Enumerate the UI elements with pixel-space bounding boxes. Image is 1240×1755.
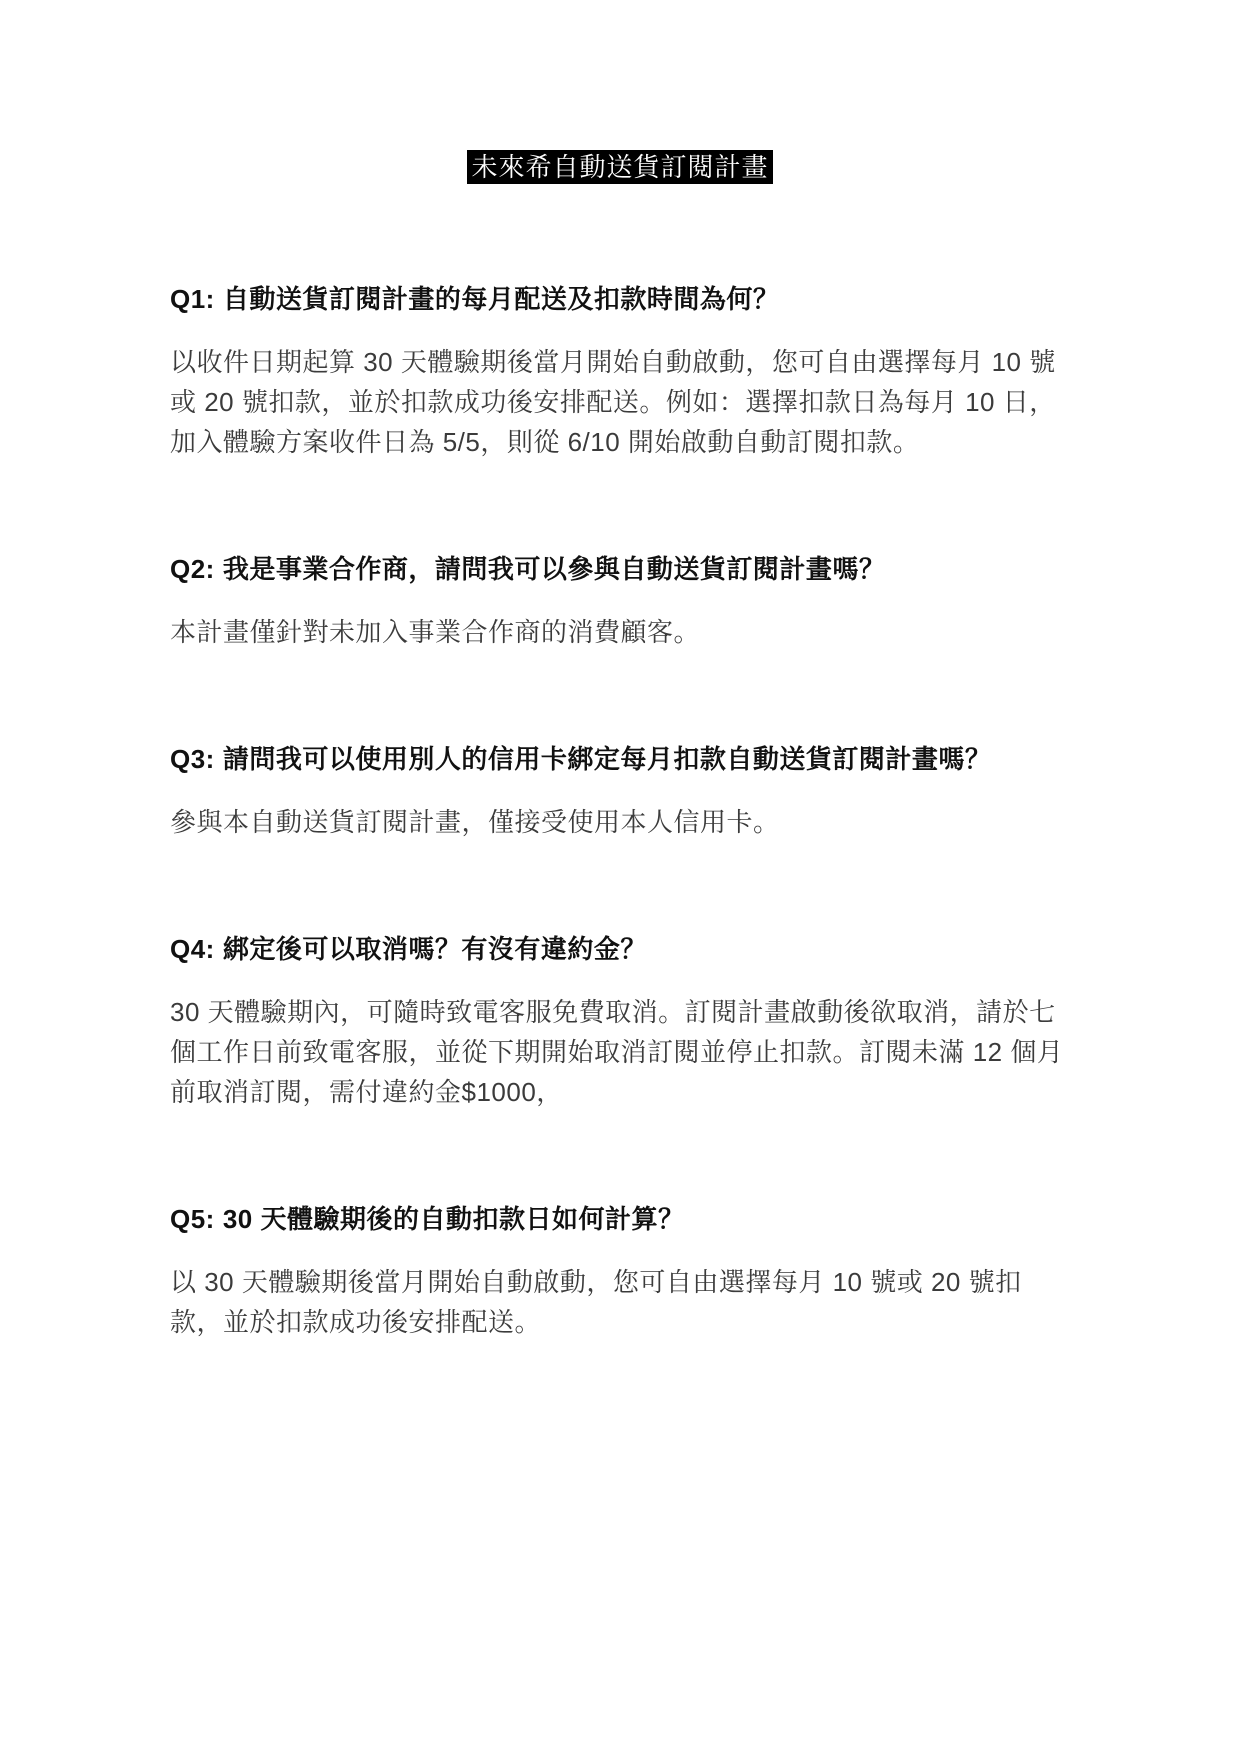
answer-text-q2: 本計畫僅針對未加入事業合作商的消費顧客。 <box>170 612 1070 652</box>
question-label-q5: Q5: <box>170 1204 215 1234</box>
document-title: 未來希自動送貨訂閱計畫 <box>170 150 1070 184</box>
question-text-q1: 自動送貨訂閱計畫的每月配送及扣款時間為何？ <box>223 284 780 314</box>
question-label-q1: Q1: <box>170 284 215 314</box>
faq-item-q2: Q2:我是事業合作商，請問我可以參與自動送貨訂閱計畫嗎？ 本計畫僅針對未加入事業… <box>170 552 1070 652</box>
document-page: 未來希自動送貨訂閱計畫 Q1:自動送貨訂閱計畫的每月配送及扣款時間為何？ 以收件… <box>0 0 1240 1755</box>
answer-text-q4: 30 天體驗期內，可隨時致電客服免費取消。訂閱計畫啟動後欲取消，請於七個工作日前… <box>170 992 1070 1112</box>
question-label-q2: Q2: <box>170 554 215 584</box>
question-heading-q5: Q5:30 天體驗期後的自動扣款日如何計算？ <box>170 1202 1070 1236</box>
question-text-q5: 30 天體驗期後的自動扣款日如何計算？ <box>223 1204 685 1234</box>
question-heading-q2: Q2:我是事業合作商，請問我可以參與自動送貨訂閱計畫嗎？ <box>170 552 1070 586</box>
faq-item-q3: Q3:請問我可以使用別人的信用卡綁定每月扣款自動送貨訂閱計畫嗎？ 參與本自動送貨… <box>170 742 1070 842</box>
answer-text-q1: 以收件日期起算 30 天體驗期後當月開始自動啟動，您可自由選擇每月 10 號或 … <box>170 342 1070 462</box>
faq-item-q4: Q4:綁定後可以取消嗎？有沒有違約金？ 30 天體驗期內，可隨時致電客服免費取消… <box>170 932 1070 1112</box>
question-text-q4: 綁定後可以取消嗎？有沒有違約金？ <box>223 934 647 964</box>
question-text-q3: 請問我可以使用別人的信用卡綁定每月扣款自動送貨訂閱計畫嗎？ <box>223 744 992 774</box>
answer-text-q3: 參與本自動送貨訂閱計畫，僅接受使用本人信用卡。 <box>170 802 1070 842</box>
answer-text-q5: 以 30 天體驗期後當月開始自動啟動，您可自由選擇每月 10 號或 20 號扣款… <box>170 1262 1070 1342</box>
question-label-q4: Q4: <box>170 934 215 964</box>
faq-item-q1: Q1:自動送貨訂閱計畫的每月配送及扣款時間為何？ 以收件日期起算 30 天體驗期… <box>170 282 1070 462</box>
document-title-highlight: 未來希自動送貨訂閱計畫 <box>467 150 772 184</box>
question-heading-q4: Q4:綁定後可以取消嗎？有沒有違約金？ <box>170 932 1070 966</box>
faq-item-q5: Q5:30 天體驗期後的自動扣款日如何計算？ 以 30 天體驗期後當月開始自動啟… <box>170 1202 1070 1342</box>
question-heading-q1: Q1:自動送貨訂閱計畫的每月配送及扣款時間為何？ <box>170 282 1070 316</box>
question-text-q2: 我是事業合作商，請問我可以參與自動送貨訂閱計畫嗎？ <box>223 554 886 584</box>
question-label-q3: Q3: <box>170 744 215 774</box>
question-heading-q3: Q3:請問我可以使用別人的信用卡綁定每月扣款自動送貨訂閱計畫嗎？ <box>170 742 1070 776</box>
